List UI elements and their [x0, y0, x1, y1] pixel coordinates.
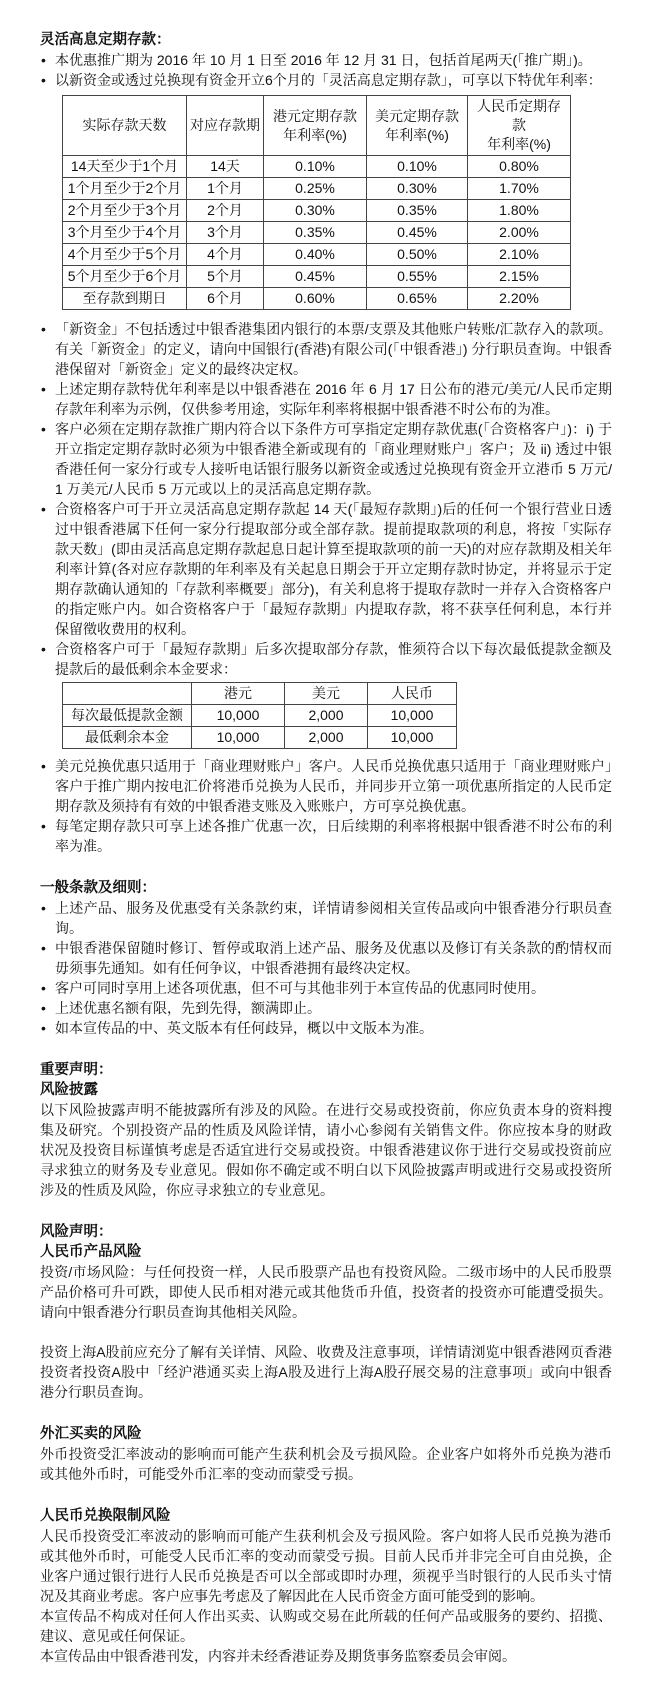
cell: 0.45%: [367, 222, 468, 244]
min-table-row: 最低剩余本金 10,000 2,000 10,000: [63, 727, 457, 749]
rate-table-row: 5个月至少于6个月 5个月 0.45% 0.55% 2.15%: [63, 266, 571, 288]
cell: 0.10%: [264, 156, 367, 178]
cell: 14天至少于1个月: [63, 156, 187, 178]
cell: 2个月: [187, 200, 264, 222]
cell: 5个月: [187, 266, 264, 288]
cell: 14天: [187, 156, 264, 178]
rate-table-row: 14天至少于1个月 14天 0.10% 0.10% 0.80%: [63, 156, 571, 178]
bullet-item: 上述优惠名额有限，先到先得，额满即止。: [40, 998, 612, 1018]
cell: 2,000: [285, 705, 368, 727]
general-terms-heading: 一般条款及细则：: [40, 878, 612, 898]
cell: 2,000: [285, 727, 368, 749]
cell: 0.45%: [264, 266, 367, 288]
publication-footer-note: 本宣传品由中银香港刊发，内容并未经香港证券及期货事务监察委员会审阅。: [40, 1646, 612, 1666]
bullet-item: 「新资金」不包括透过中银香港集团内银行的本票/支票及其他账户转账/汇款存入的款项…: [40, 319, 612, 379]
bullet-item: 上述定期存款特优年利率是以中银香港在 2016 年 6 月 17 日公布的港元/…: [40, 379, 612, 419]
cell: 3个月: [187, 222, 264, 244]
post-table-bullet-list: 美元兑换优惠只适用于「商业理财账户」客户。人民币兑换优惠只适用于「商业理财账户」…: [40, 756, 612, 856]
cell: 2.10%: [468, 244, 571, 266]
rate-table-header: 人民币定期存款 年利率(%): [468, 96, 571, 156]
general-terms-bullet-list: 上述产品、服务及优惠受有关条款约束，详情请参阅相关宣传品或向中银香港分行职员查询…: [40, 898, 612, 1038]
cell: 0.60%: [264, 288, 367, 310]
cell: 0.35%: [367, 200, 468, 222]
bullet-item: 如本宣传品的中、英文版本有任何歧异，概以中文版本为准。: [40, 1018, 612, 1038]
cell: 0.30%: [264, 200, 367, 222]
min-table-header-row: 港元 美元 人民币: [63, 683, 457, 705]
cell: 10,000: [368, 705, 457, 727]
important-statement-heading: 重要声明：: [40, 1060, 612, 1080]
cell: 2.00%: [468, 222, 571, 244]
rate-table: 实际存款天数 对应存款期 港元定期存款 年利率(%) 美元定期存款 年利率(%)…: [62, 95, 571, 310]
min-table-header: 港元: [192, 683, 285, 705]
rmb-product-risk-para1: 投资/市场风险：与任何投资一样，人民币股票产品也有投资风险。二级市场中的人民币股…: [40, 1262, 612, 1322]
rmb-product-risk-para2: 投资上海A股前应充分了解有关详情、风险、收费及注意事项，详情请浏览中银香港网页香…: [40, 1342, 612, 1402]
bullet-item: 客户必须在定期存款推广期内符合以下条件方可享指定定期存款优惠(「合资格客户」)：…: [40, 419, 612, 499]
min-table-row: 每次最低提款金额 10,000 2,000 10,000: [63, 705, 457, 727]
min-table-header: 美元: [285, 683, 368, 705]
cell: 3个月至少于4个月: [63, 222, 187, 244]
bullet-item: 合资格客户可于「最短存款期」后多次提取部分存款，惟须符合以下每次最低提款金额及提…: [40, 639, 612, 679]
cell: 1个月: [187, 178, 264, 200]
intro-bullet-list: 本优惠推广期为 2016 年 10 月 1 日至 2016 年 12 月 31 …: [40, 50, 612, 90]
cell: 0.25%: [264, 178, 367, 200]
rate-table-row: 4个月至少于5个月 4个月 0.40% 0.50% 2.10%: [63, 244, 571, 266]
terms-bullet-list: 「新资金」不包括透过中银香港集团内银行的本票/支票及其他账户转账/汇款存入的款项…: [40, 319, 612, 679]
rate-table-header: 对应存款期: [187, 96, 264, 156]
risk-statement-heading: 风险声明：: [40, 1222, 612, 1242]
cell: 1.80%: [468, 200, 571, 222]
cell: 0.35%: [264, 222, 367, 244]
promo-leaflet-page: 灵活高息定期存款： 本优惠推广期为 2016 年 10 月 1 日至 2016 …: [0, 0, 650, 1706]
risk-disclosure-heading: 风险披露: [40, 1080, 612, 1100]
cell: 1.70%: [468, 178, 571, 200]
cell: 2.20%: [468, 288, 571, 310]
bullet-item: 每笔定期存款只可享上述各推广优惠一次，日后续期的利率将根据中银香港不时公布的利率…: [40, 816, 612, 856]
bullet-item: 合资格客户可于开立灵活高息定期存款起 14 天(「最短存款期」)后的任何一个银行…: [40, 499, 612, 639]
min-table-header: [63, 683, 192, 705]
cell: 0.80%: [468, 156, 571, 178]
bullet-item: 客户可同时享用上述各项优惠，但不可与其他非列于本宣传品的优惠同时使用。: [40, 978, 612, 998]
disclaimer-para: 本宣传品不构成对任何人作出买卖、认购或交易在此所载的任何产品或服务的要约、招揽、…: [40, 1606, 612, 1646]
cell: 10,000: [192, 727, 285, 749]
page-title: 灵活高息定期存款：: [40, 30, 612, 50]
bullet-item: 本优惠推广期为 2016 年 10 月 1 日至 2016 年 12 月 31 …: [40, 50, 612, 70]
min-table-header: 人民币: [368, 683, 457, 705]
cell: 0.40%: [264, 244, 367, 266]
bullet-item: 以新资金或透过兑换现有资金开立6个月的「灵活高息定期存款」，可享以下特优年利率：: [40, 70, 612, 90]
rmb-conversion-risk-para1: 人民币投资受汇率波动的影响而可能产生获利机会及亏损风险。客户如将人民币兑换为港币…: [40, 1526, 612, 1606]
rate-table-header: 港元定期存款 年利率(%): [264, 96, 367, 156]
cell: 0.10%: [367, 156, 468, 178]
cell: 每次最低提款金额: [63, 705, 192, 727]
cell: 2.15%: [468, 266, 571, 288]
cell: 1个月至少于2个月: [63, 178, 187, 200]
rate-table-header-row: 实际存款天数 对应存款期 港元定期存款 年利率(%) 美元定期存款 年利率(%)…: [63, 96, 571, 156]
cell: 4个月至少于5个月: [63, 244, 187, 266]
cell: 10,000: [192, 705, 285, 727]
fx-risk-heading: 外汇买卖的风险: [40, 1424, 612, 1444]
cell: 最低剩余本金: [63, 727, 192, 749]
cell: 10,000: [368, 727, 457, 749]
bullet-item: 中银香港保留随时修订、暂停或取消上述产品、服务及优惠以及修订有关条款的酌情权而毋…: [40, 938, 612, 978]
rate-table-row: 1个月至少于2个月 1个月 0.25% 0.30% 1.70%: [63, 178, 571, 200]
bullet-item: 美元兑换优惠只适用于「商业理财账户」客户。人民币兑换优惠只适用于「商业理财账户」…: [40, 756, 612, 816]
cell: 2个月至少于3个月: [63, 200, 187, 222]
rmb-conversion-risk-heading: 人民币兑换限制风险: [40, 1506, 612, 1526]
risk-disclosure-body: 以下风险披露声明不能披露所有涉及的风险。在进行交易或投资前，你应负责本身的资料搜…: [40, 1100, 612, 1200]
cell: 4个月: [187, 244, 264, 266]
minimum-withdrawal-table: 港元 美元 人民币 每次最低提款金额 10,000 2,000 10,000 最…: [62, 682, 457, 749]
rmb-product-risk-heading: 人民币产品风险: [40, 1242, 612, 1262]
rate-table-row: 3个月至少于4个月 3个月 0.35% 0.45% 2.00%: [63, 222, 571, 244]
bullet-item: 上述产品、服务及优惠受有关条款约束，详情请参阅相关宣传品或向中银香港分行职员查询…: [40, 898, 612, 938]
fx-risk-para: 外币投资受汇率波动的影响而可能产生获利机会及亏损风险。企业客户如将外币兑换为港币…: [40, 1444, 612, 1484]
cell: 0.65%: [367, 288, 468, 310]
cell: 5个月至少于6个月: [63, 266, 187, 288]
rate-table-row: 2个月至少于3个月 2个月 0.30% 0.35% 1.80%: [63, 200, 571, 222]
rate-table-header: 美元定期存款 年利率(%): [367, 96, 468, 156]
cell: 0.55%: [367, 266, 468, 288]
cell: 0.30%: [367, 178, 468, 200]
cell: 6个月: [187, 288, 264, 310]
rate-table-row: 至存款到期日 6个月 0.60% 0.65% 2.20%: [63, 288, 571, 310]
cell: 至存款到期日: [63, 288, 187, 310]
cell: 0.50%: [367, 244, 468, 266]
rate-table-header: 实际存款天数: [63, 96, 187, 156]
